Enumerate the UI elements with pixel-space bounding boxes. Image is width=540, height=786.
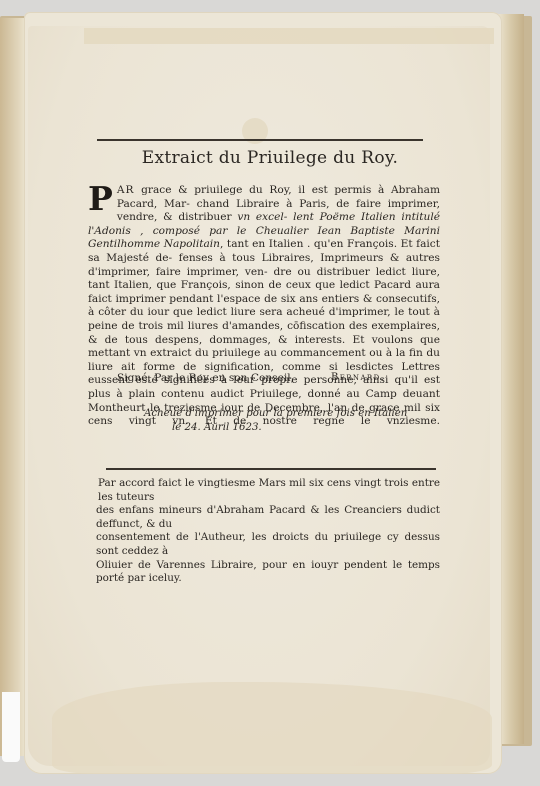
privilege-paragraph: PAR grace & priuilege du Roy, il est per… bbox=[88, 184, 440, 429]
top-edge-fold bbox=[84, 28, 494, 44]
document-title: Extraict du Priuilege du Roy. bbox=[0, 148, 540, 168]
top-rule bbox=[97, 139, 423, 141]
signature-line: Signé, Par le Roy en son Conseil, bbox=[117, 372, 294, 384]
accord-line: des enfans mineurs d'Abraham Pacard & le… bbox=[96, 504, 440, 531]
drop-cap: P bbox=[88, 185, 113, 213]
middle-rule bbox=[106, 468, 436, 470]
accord-line: consentement de l'Autheur, les droicts d… bbox=[96, 531, 440, 558]
accord-paragraph: Par accord faict le vingtiesme Mars mil … bbox=[98, 477, 440, 586]
accord-line: Oliuier de Varennes Libraire, pour en io… bbox=[96, 559, 440, 586]
acheue-line-1: Acheué d'imprimer pour la premiere fois … bbox=[144, 408, 407, 419]
privilege-line-italic: Gentilhomme Napolitain bbox=[88, 238, 220, 250]
first-word-smallcaps: AR bbox=[117, 184, 135, 196]
privilege-line-italic: vn excel- bbox=[237, 211, 287, 223]
printing-completion-note: Acheué d'imprimer pour la premiere fois … bbox=[144, 407, 407, 435]
accord-line: Par accord faict le vingtiesme Mars mil … bbox=[98, 477, 440, 504]
acheue-date: le 24. Auril 1623. bbox=[144, 421, 407, 435]
water-stain-bottom bbox=[52, 682, 492, 774]
bookmark-tab bbox=[2, 692, 20, 762]
signatory-name: Bernard. bbox=[331, 372, 385, 383]
